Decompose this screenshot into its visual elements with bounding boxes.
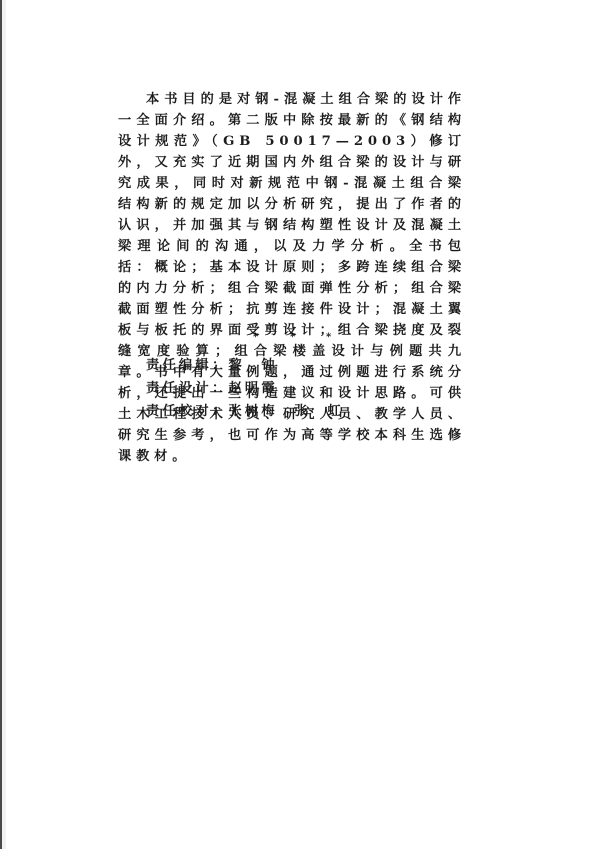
credit-value: 张树梅 张 虹 xyxy=(228,400,343,423)
credit-label: 责任编辑： xyxy=(146,354,228,377)
separator-asterisk: * xyxy=(253,330,258,346)
credit-row-designer: 责任设计： 赵明霞 xyxy=(146,377,344,400)
document-page: 本书目的是对钢-混凝土组合梁的设计作一全面介绍。第二版中除按最新的《钢结构设计规… xyxy=(0,0,600,849)
separator-asterisk: * xyxy=(290,330,295,346)
credit-value: 赵明霞 xyxy=(228,377,277,400)
credit-label: 责任校对： xyxy=(146,400,228,423)
credit-label: 责任设计： xyxy=(146,377,228,400)
editorial-credits: 责任编辑： 黎 钟 责任设计： 赵明霞 责任校对： 张树梅 张 虹 xyxy=(146,354,344,423)
credit-value: 黎 钟 xyxy=(228,354,277,377)
credit-row-proofreader: 责任校对： 张树梅 张 虹 xyxy=(146,400,344,423)
separator-asterisk: * xyxy=(326,330,331,346)
credit-row-editor: 责任编辑： 黎 钟 xyxy=(146,354,344,377)
section-separator: * * * xyxy=(0,330,600,346)
